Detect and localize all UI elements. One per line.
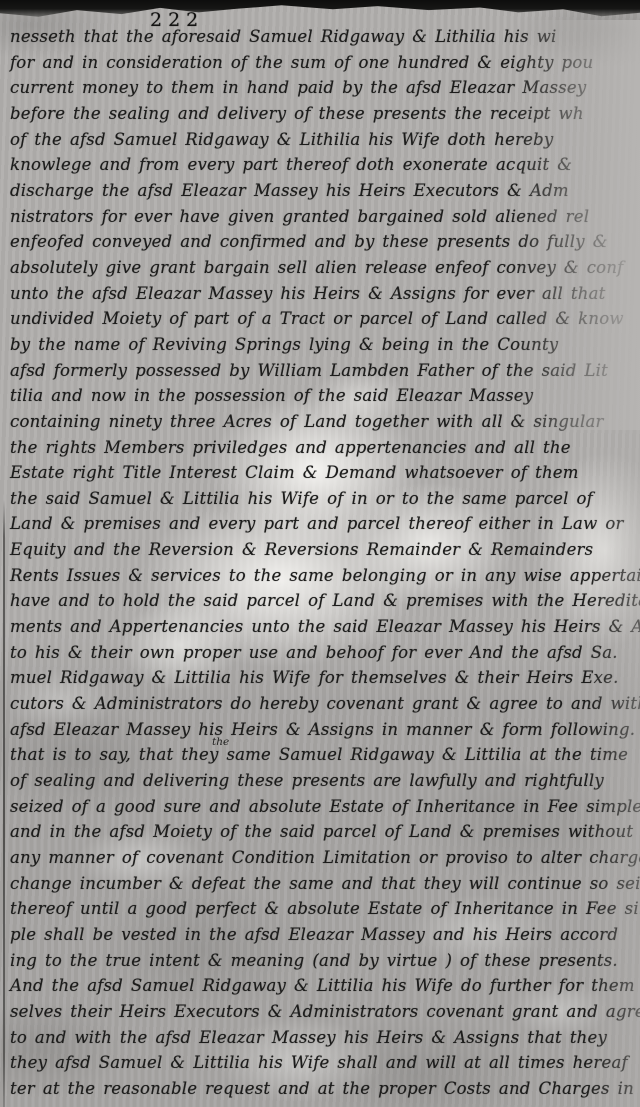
text-line: change incumber & defeat the same and th… bbox=[10, 871, 640, 897]
text-line: afsd formerly possessed by William Lambd… bbox=[10, 358, 640, 384]
text-line: ing to the true intent & meaning (and by… bbox=[10, 948, 640, 974]
text-line: absolutely give grant bargain sell alien… bbox=[10, 255, 640, 281]
text-line: by the name of Reviving Springs lying & … bbox=[10, 332, 640, 358]
text-line: any manner of covenant Condition Limitat… bbox=[10, 845, 640, 871]
manuscript-page: 222 nesseth that the aforesaid Samuel Ri… bbox=[0, 0, 640, 1107]
page-top-scan-edge bbox=[0, 0, 640, 22]
text-line: discharge the afsd Eleazar Massey his He… bbox=[10, 178, 640, 204]
text-line: Land & premises and every part and parce… bbox=[10, 511, 640, 537]
text-line: undivided Moiety of part of a Tract or p… bbox=[10, 306, 640, 332]
text-line: current money to them in hand paid by th… bbox=[10, 75, 640, 101]
text-line: nesseth that the aforesaid Samuel Ridgaw… bbox=[10, 24, 640, 50]
text-line: ter at the reasonable request and at the… bbox=[10, 1076, 640, 1102]
text-line: tilia and now in the possession of the s… bbox=[10, 383, 640, 409]
text-line: ple shall be vested in the afsd Eleazar … bbox=[10, 922, 640, 948]
text-line: afsd Eleazar Massey his Heirs & Assigns … bbox=[10, 717, 640, 743]
inserted-word-the: the bbox=[212, 736, 229, 748]
manuscript-text: nesseth that the aforesaid Samuel Ridgaw… bbox=[10, 24, 640, 1102]
text-line: the rights Members priviledges and apper… bbox=[10, 435, 640, 461]
text-line: of the afsd Samuel Ridgaway & Lithilia h… bbox=[10, 127, 640, 153]
text-line: muel Ridgaway & Littilia his Wife for th… bbox=[10, 665, 640, 691]
text-line: nistrators for ever have given granted b… bbox=[10, 204, 640, 230]
text-line: Rents Issues & services to the same belo… bbox=[10, 563, 640, 589]
text-line: cutors & Administrators do hereby covena… bbox=[10, 691, 640, 717]
text-line: of sealing and delivering these presents… bbox=[10, 768, 640, 794]
text-line: ments and Appertenancies unto the said E… bbox=[10, 614, 640, 640]
text-line: that is to say, that they same Samuel Ri… bbox=[10, 742, 640, 768]
text-line: to and with the afsd Eleazar Massey his … bbox=[10, 1025, 640, 1051]
text-line: for and in consideration of the sum of o… bbox=[10, 50, 640, 76]
text-line: have and to hold the said parcel of Land… bbox=[10, 588, 640, 614]
text-line: And the afsd Samuel Ridgaway & Littilia … bbox=[10, 973, 640, 999]
text-line: Equity and the Reversion & Reversions Re… bbox=[10, 537, 640, 563]
text-line: Estate right Title Interest Claim & Dema… bbox=[10, 460, 640, 486]
text-line: knowlege and from every part thereof dot… bbox=[10, 152, 640, 178]
text-line: enfeofed conveyed and confirmed and by t… bbox=[10, 229, 640, 255]
text-line: selves their Heirs Executors & Administr… bbox=[10, 999, 640, 1025]
text-line: unto the afsd Eleazar Massey his Heirs &… bbox=[10, 281, 640, 307]
text-line: and in the afsd Moiety of the said parce… bbox=[10, 819, 640, 845]
text-line: seized of a good sure and absolute Estat… bbox=[10, 794, 640, 820]
text-line: to his & their own proper use and behoof… bbox=[10, 640, 640, 666]
text-line: the said Samuel & Littilia his Wife of i… bbox=[10, 486, 640, 512]
left-margin-rule bbox=[3, 500, 5, 1107]
text-line: containing ninety three Acres of Land to… bbox=[10, 409, 640, 435]
text-line: thereof until a good perfect & absolute … bbox=[10, 896, 640, 922]
text-line: they afsd Samuel & Littilia his Wife sha… bbox=[10, 1050, 640, 1076]
text-line: before the sealing and delivery of these… bbox=[10, 101, 640, 127]
